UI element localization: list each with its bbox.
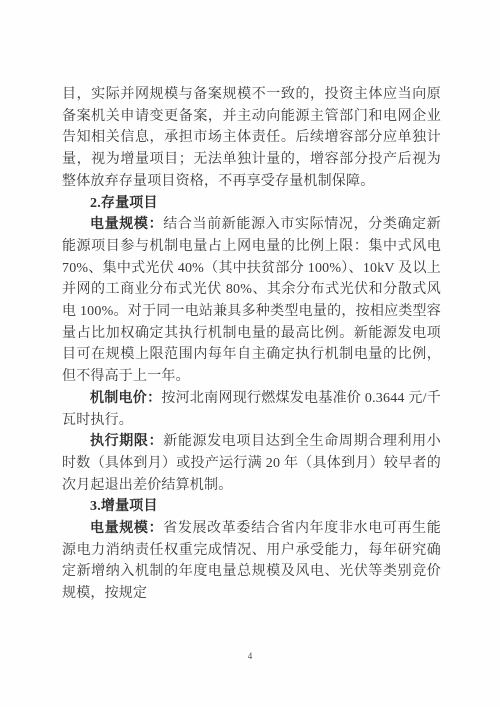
paragraph: 电量规模：结合当前新能源入市实际情况，分类确定新能源项目参与机制电量占上网电量的… bbox=[62, 214, 441, 388]
section-heading: 2.存量项目 bbox=[62, 193, 441, 215]
heading-text: 2.存量项目 bbox=[90, 196, 158, 211]
paragraph: 电量规模：省发展改革委结合省内年度非水电可再生能源电力消纳责任权重完成情况、用户… bbox=[62, 518, 441, 605]
paragraph-lead-label: 电量规模： bbox=[90, 521, 163, 536]
paragraph-lead-label: 电量规模： bbox=[90, 217, 163, 232]
heading-text: 3.增量项目 bbox=[90, 499, 158, 514]
document-page: 目，实际并网规模与备案规模不一致的，投资主体应当向原备案机关申请变更备案，并主动… bbox=[0, 0, 500, 707]
paragraph-text: 目，实际并网规模与备案规模不一致的，投资主体应当向原备案机关申请变更备案，并主动… bbox=[62, 87, 441, 189]
paragraph: 机制电价：按河北南网现行燃煤发电基准价 0.3644 元/千瓦时执行。 bbox=[62, 388, 441, 431]
paragraph-lead-label: 执行期限： bbox=[90, 434, 163, 449]
paragraph: 目，实际并网规模与备案规模不一致的，投资主体应当向原备案机关申请变更备案，并主动… bbox=[62, 84, 441, 193]
section-heading: 3.增量项目 bbox=[62, 496, 441, 518]
paragraph-text: 结合当前新能源入市实际情况，分类确定新能源项目参与机制电量占上网电量的比例上限：… bbox=[62, 217, 441, 384]
document-body: 目，实际并网规模与备案规模不一致的，投资主体应当向原备案机关申请变更备案，并主动… bbox=[62, 84, 441, 605]
paragraph-lead-label: 机制电价： bbox=[90, 391, 161, 406]
page-number: 4 bbox=[0, 651, 500, 661]
paragraph: 执行期限：新能源发电项目达到全生命周期合理利用小时数（具体到月）或投产运行满 2… bbox=[62, 431, 441, 496]
